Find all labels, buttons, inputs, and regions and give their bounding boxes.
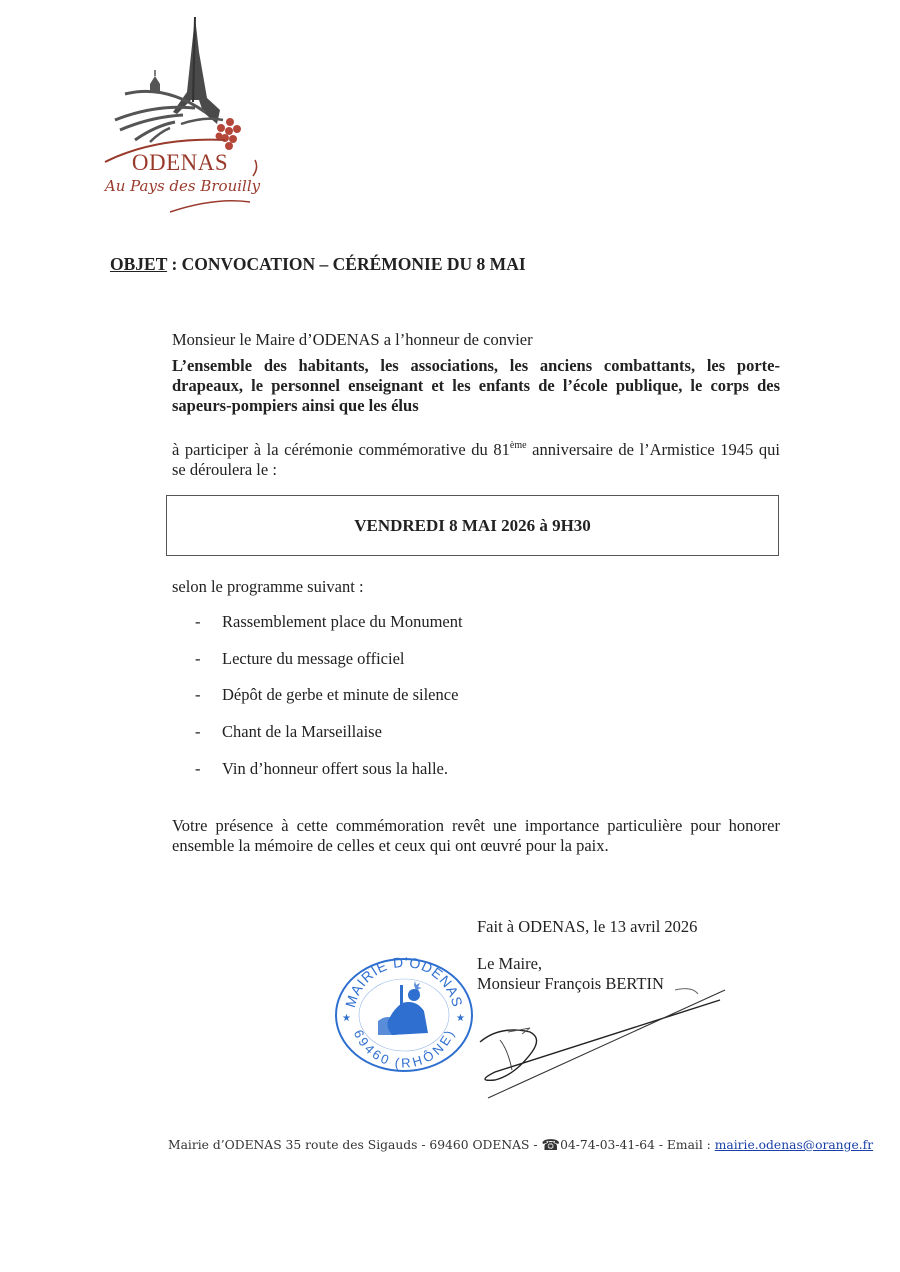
list-item: -Vin d’honneur offert sous la halle.	[195, 759, 463, 796]
telephone-icon: ☎	[541, 1136, 560, 1154]
event-date: VENDREDI 8 MAI 2026 à 9H30	[354, 516, 591, 536]
signature-scribble-icon	[470, 980, 730, 1105]
logo-tagline: Au Pays des Brouilly	[95, 177, 270, 195]
subject-line: OBJET : CONVOCATION – CÉRÉMONIE DU 8 MAI	[110, 254, 526, 275]
intro-paragraph: Monsieur le Maire d’ODENAS a l’honneur d…	[172, 330, 780, 350]
bullet-dash: -	[195, 722, 222, 759]
svg-text:★: ★	[456, 1013, 465, 1024]
list-item: -Chant de la Marseillaise	[195, 722, 463, 759]
mairie-seal-icon: MAIRIE D’ODENAS 69460 (RHÔNE) ★ ★	[332, 955, 474, 1073]
svg-text:★: ★	[342, 1013, 351, 1024]
stamp-top-text: MAIRIE D’ODENAS	[342, 955, 466, 1009]
program-item-text: Chant de la Marseillaise	[222, 722, 382, 759]
footer-email-label: - Email :	[655, 1138, 715, 1152]
signer-title: Le Maire,	[477, 954, 542, 974]
list-item: -Rassemblement place du Monument	[195, 612, 463, 649]
program-item-text: Dépôt de gerbe et minute de silence	[222, 685, 458, 722]
footer-email-link[interactable]: mairie.odenas@orange.fr	[715, 1138, 873, 1152]
bullet-dash: -	[195, 759, 222, 796]
closing-paragraph: Votre présence à cette commémoration rev…	[172, 816, 780, 856]
subject-label: OBJET	[110, 254, 167, 274]
program-intro: selon le programme suivant :	[172, 577, 780, 597]
program-list: -Rassemblement place du Monument -Lectur…	[195, 612, 463, 795]
participate-paragraph: à participer à la cérémonie commémorativ…	[172, 440, 780, 480]
official-stamp: MAIRIE D’ODENAS 69460 (RHÔNE) ★ ★	[332, 955, 474, 1073]
program-item-text: Vin d’honneur offert sous la halle.	[222, 759, 448, 796]
place-date: Fait à ODENAS, le 13 avril 2026	[477, 917, 697, 937]
bullet-dash: -	[195, 612, 222, 649]
participate-text-start: à participer à la cérémonie commémorativ…	[172, 440, 510, 459]
odenas-logo: ODENAS Au Pays des Brouilly	[95, 12, 275, 222]
footer-address: Mairie d’ODENAS 35 route des Sigauds - 6…	[168, 1138, 541, 1152]
event-date-box: VENDREDI 8 MAI 2026 à 9H30	[166, 495, 779, 556]
subject-text: CONVOCATION – CÉRÉMONIE DU 8 MAI	[182, 254, 526, 274]
invitees-paragraph: L’ensemble des habitants, les associatio…	[172, 356, 780, 416]
svg-text:MAIRIE D’ODENAS: MAIRIE D’ODENAS	[342, 955, 466, 1009]
program-item-text: Lecture du message officiel	[222, 649, 405, 686]
list-item: -Lecture du message officiel	[195, 649, 463, 686]
footer-phone: 04-74-03-41-64	[560, 1138, 655, 1152]
footer-contact: Mairie d’ODENAS 35 route des Sigauds - 6…	[168, 1136, 873, 1154]
bullet-dash: -	[195, 649, 222, 686]
bullet-dash: -	[195, 685, 222, 722]
program-item-text: Rassemblement place du Monument	[222, 612, 463, 649]
logo-title: ODENAS	[105, 150, 255, 176]
mayor-signature	[470, 980, 730, 1105]
list-item: -Dépôt de gerbe et minute de silence	[195, 685, 463, 722]
ordinal-suffix: ème	[510, 440, 527, 451]
subject-separator: :	[167, 254, 182, 274]
